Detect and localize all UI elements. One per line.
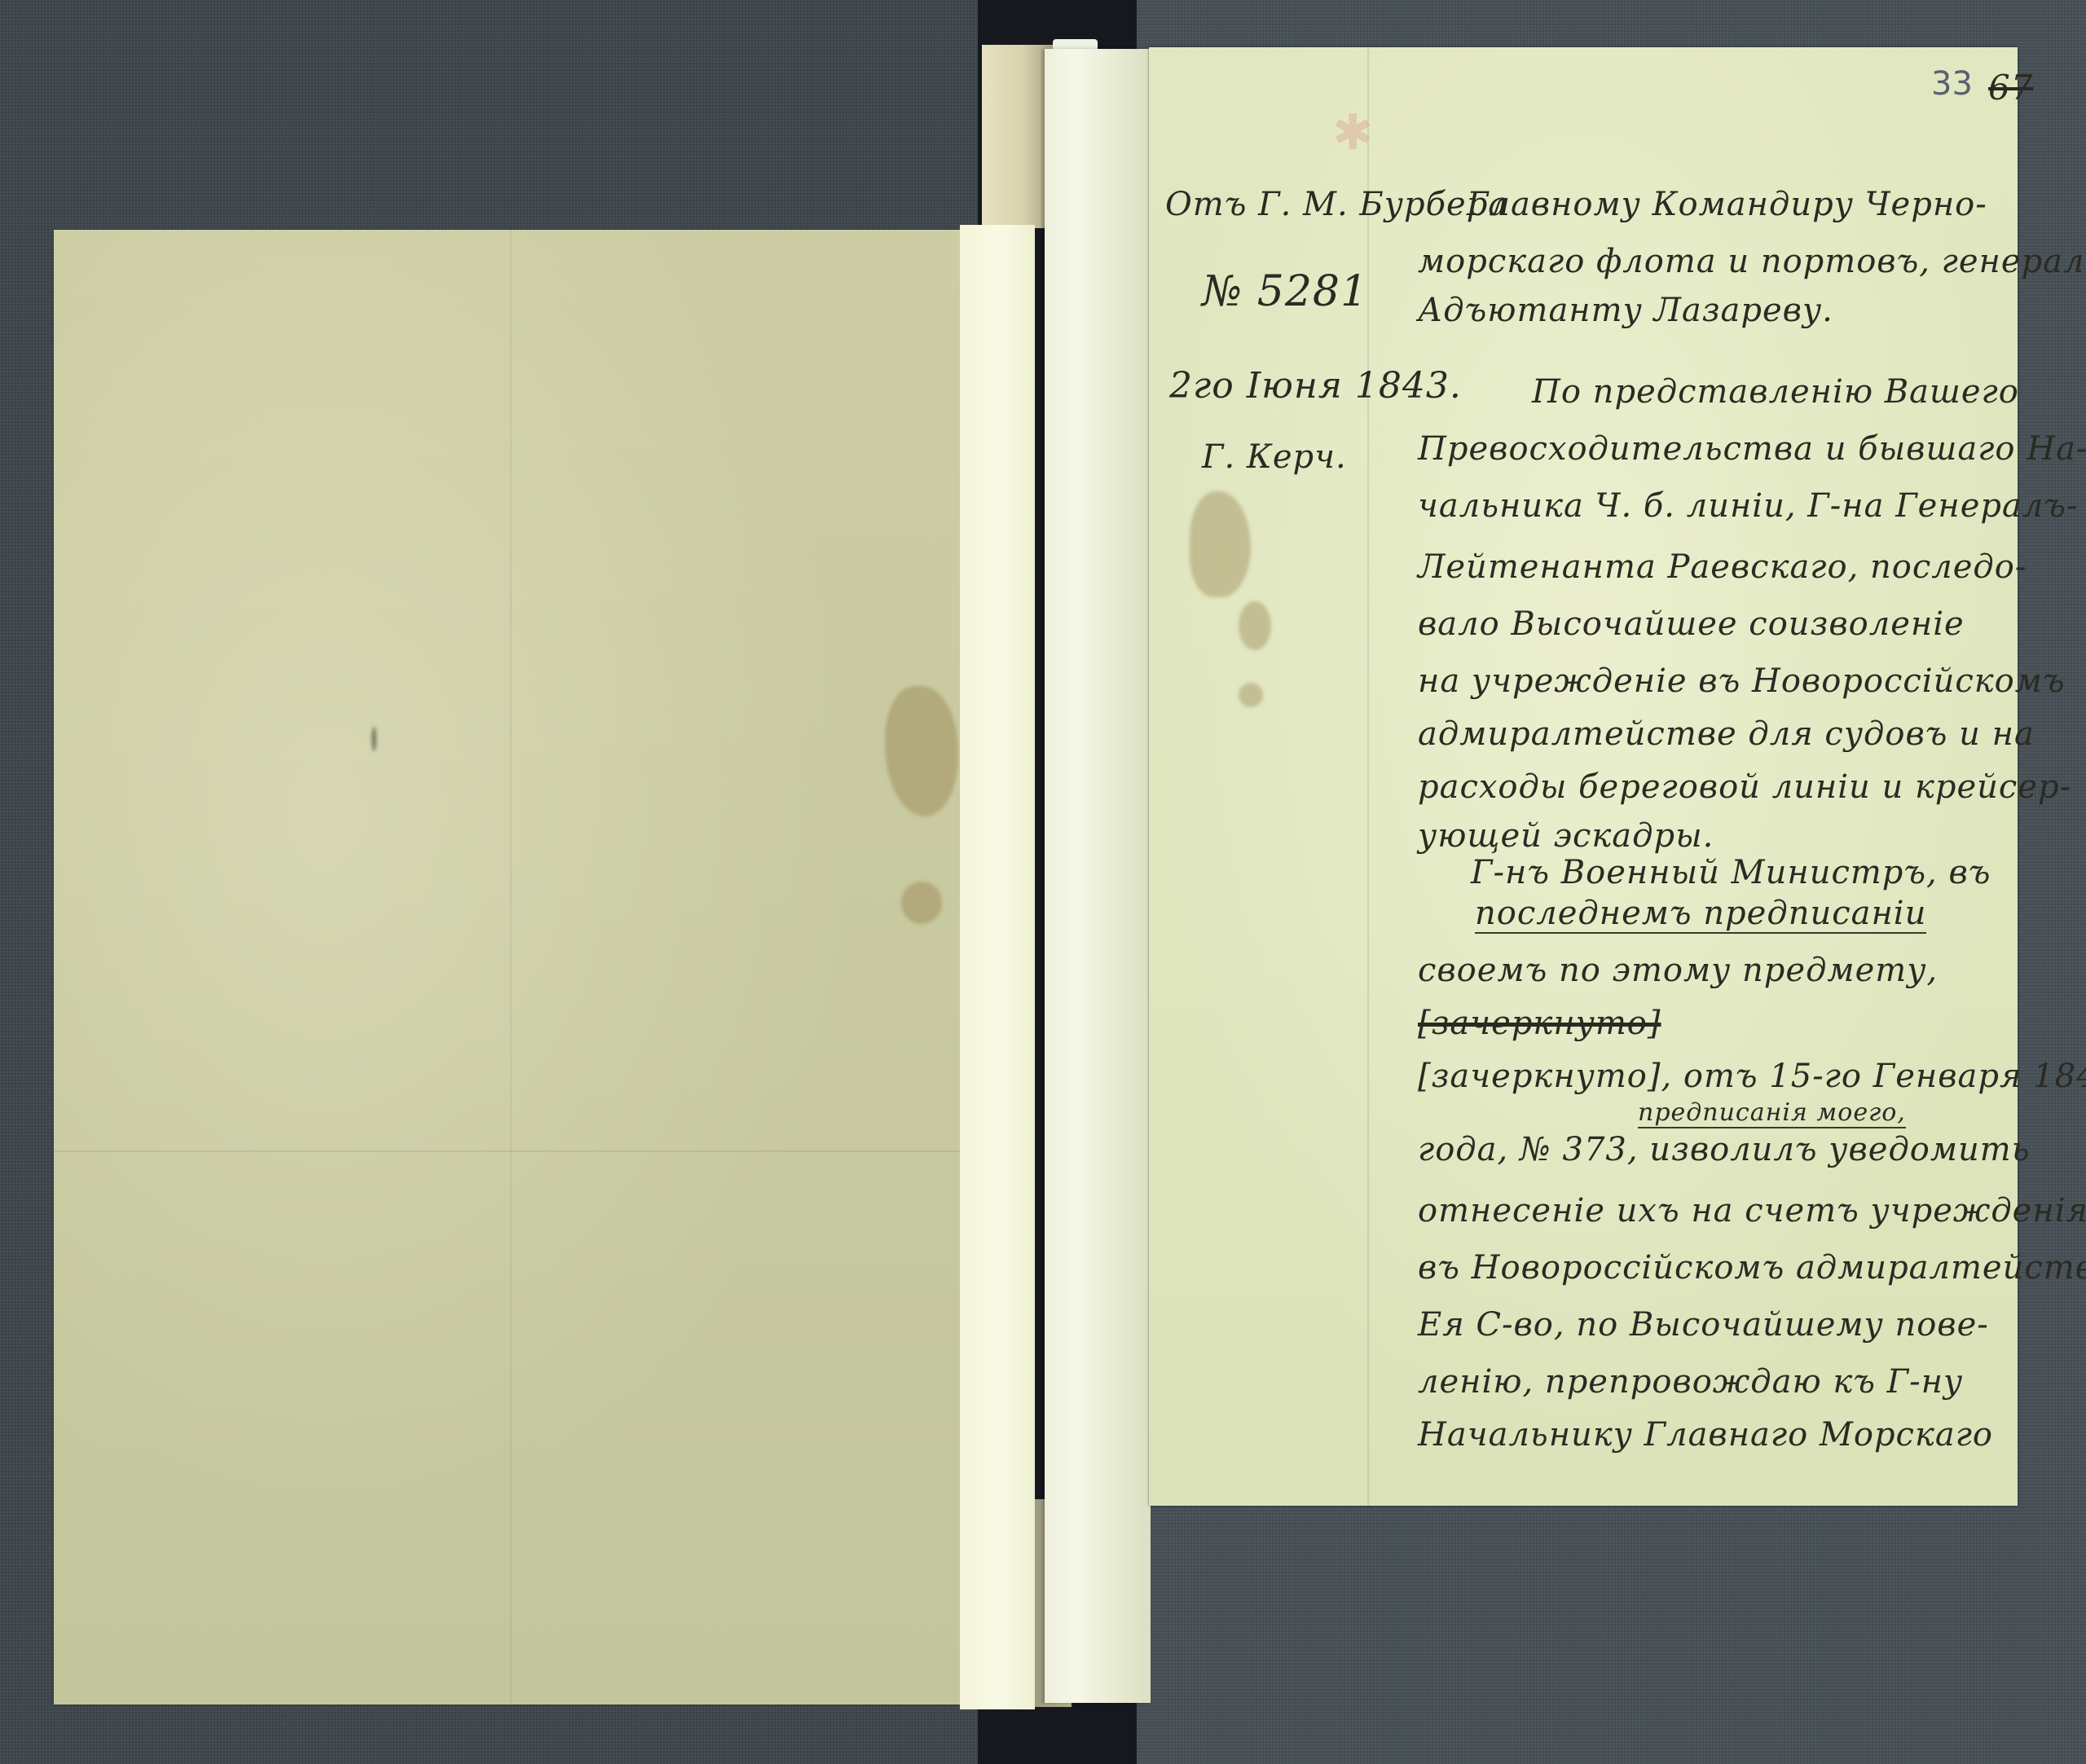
margin-sender: Отъ Г. М. Бурбера: [1165, 186, 1508, 223]
tissue-roll-strip: [1045, 49, 1151, 1703]
body-line: Ея С-во, по Высочайшему пове-: [1418, 1306, 1989, 1344]
body-line: на учрежденіе въ Новороссійскомъ: [1418, 662, 2066, 700]
body-line: морскаго флота и портовъ, генералъ: [1418, 243, 2086, 280]
stain: [372, 727, 376, 751]
margin-number: № 5281: [1202, 267, 1368, 316]
body-line: последнемъ предписаніи: [1475, 895, 1926, 934]
body-line: года, № 373, изволилъ уведомить: [1418, 1131, 2031, 1168]
body-line: вало Высочайшее соизволеніе: [1418, 605, 1965, 643]
stain: [1239, 683, 1263, 707]
right-page: ✱ 33 67 Отъ Г. М. Бурбера № 5281 2го Іюн…: [1149, 47, 2018, 1506]
body-line: адмиралтействе для судовъ и на: [1418, 715, 2035, 753]
body-line: въ Новороссійскомъ адмиралтейства,: [1418, 1249, 2086, 1287]
stain: [885, 686, 958, 816]
body-line: Г-нъ Военный Министръ, въ: [1471, 854, 1991, 891]
body-line: Превосходительства и бывшаго На-: [1418, 430, 2086, 468]
folio-number: 33: [1931, 65, 1973, 103]
body-line: Начальнику Главнаго Морскаго: [1418, 1416, 1993, 1454]
interlinear-note: предписанія моего,: [1638, 1098, 1906, 1128]
body-line: своемъ по этому предмету,: [1418, 952, 1938, 989]
body-line: ленію, препровождаю къ Г-ну: [1418, 1363, 1963, 1401]
body-line: Адъютанту Лазареву.: [1418, 292, 1833, 329]
margin-place: Г. Керч.: [1202, 438, 1347, 476]
body-line: [зачеркнуто], отъ 15-го Генваря 1842: [1418, 1058, 2086, 1095]
body-line: чальника Ч. б. линіи, Г-на Генералъ-: [1418, 487, 2078, 525]
fold-line-vertical: [510, 230, 512, 1705]
body-line: Лейтенанта Раевскаго, последо-: [1418, 548, 2027, 586]
stain: [901, 882, 942, 924]
body-line: По представленію Вашего: [1532, 373, 2019, 411]
tissue-hinge-strip: [960, 225, 1035, 1709]
struck-line: [зачеркнуто]: [1418, 1005, 1661, 1042]
body-line: расходы береговой линіи и крейсер-: [1418, 768, 2071, 806]
fold-line-horizontal: [54, 1150, 960, 1152]
margin-date: 2го Іюня 1843.: [1169, 365, 1462, 407]
body-line: Главному Командиру Черно-: [1467, 186, 1987, 223]
stain: [1239, 601, 1271, 650]
stain: [1190, 491, 1251, 597]
body-line: ующей эскадры.: [1418, 817, 1714, 855]
left-page: [54, 230, 960, 1705]
faint-red-stamp: ✱: [1332, 104, 1373, 161]
folio-number-crossed: 67: [1988, 68, 2033, 108]
body-line: отнесеніе ихъ на счетъ учрежденія: [1418, 1192, 2086, 1230]
margin-fold-line: [1367, 47, 1369, 1506]
